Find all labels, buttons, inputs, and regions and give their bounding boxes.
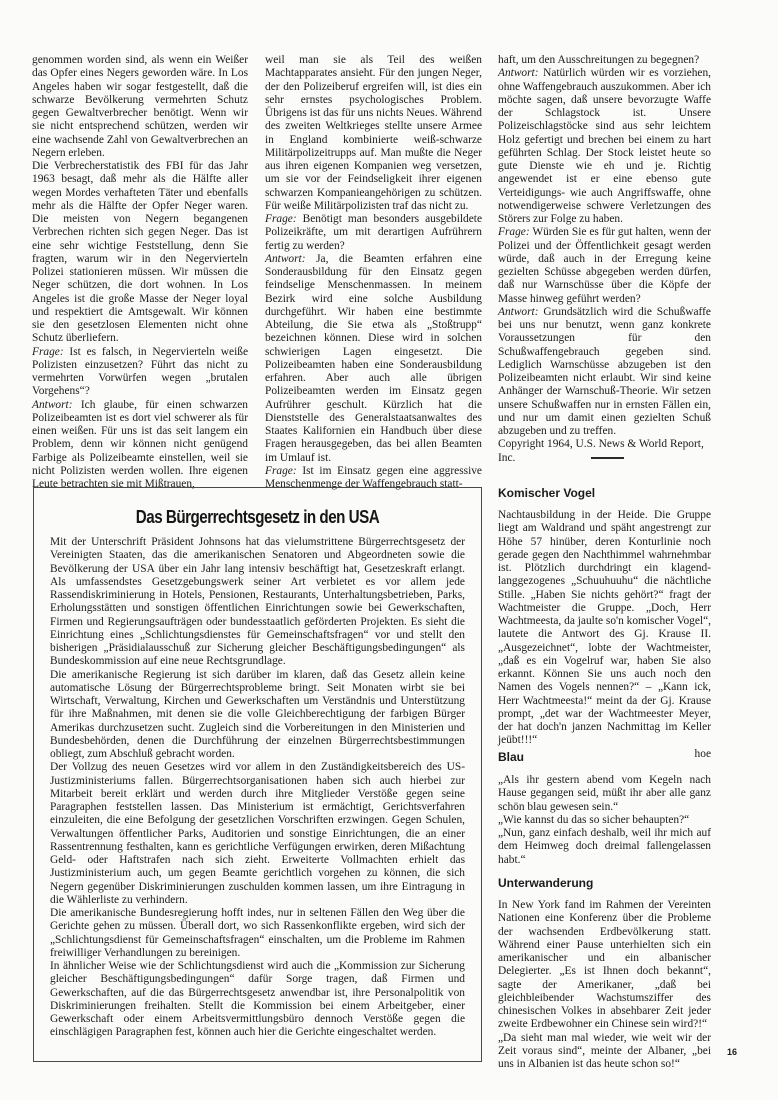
interview-column-left: genommen worden sind, als wenn ein Weiße… (32, 54, 248, 491)
paragraph-text: Würden Sie es für gut halten, wenn der P… (498, 226, 711, 304)
paragraph: „Wie kannst du das so sicher behaupten?“ (498, 814, 711, 827)
boxed-article: Das Bürgerrechtsgesetz in den USA Mit de… (33, 487, 482, 1062)
paragraph: Der Vollzug des neuen Gesetzes wird vor … (50, 761, 465, 907)
answer-label: Antwort: (32, 399, 73, 411)
paragraph: haft, um den Ausschreitungen zu begegnen… (498, 54, 711, 67)
paragraph: Die Verbrecherstatistik des FBI für das … (32, 160, 248, 346)
paragraph-text: genommen worden sind, als wenn ein Weiße… (32, 54, 248, 159)
boxed-article-body: Mit der Unterschrift Präsident Johnsons … (50, 536, 465, 1040)
question-label: Frage: (32, 346, 64, 358)
rubric-heading-blau: Blau (498, 750, 711, 764)
rubric-body-komischer-vogel: Nachtausbildung in der Heide. Die Gruppe… (498, 509, 711, 761)
paragraph: „Da sieht man mal wieder, wie weit wir d… (498, 1032, 711, 1072)
question-label: Frage: (265, 213, 297, 225)
paragraph: Die amerikanische Regierung ist sich dar… (50, 669, 465, 762)
question-paragraph: Frage: Ist es falsch, in Negervierteln w… (32, 346, 248, 399)
paragraph: In ähnlicher Weise wie der Schlichtungsd… (50, 960, 465, 1040)
question-paragraph: Frage: Benötigt man besonders ausgebilde… (265, 213, 482, 253)
answer-paragraph: Antwort: Natürlich würden wir es vorzieh… (498, 67, 711, 226)
section-divider (591, 457, 624, 459)
paragraph-text: Ja, die Beamten erfahren eine Sonderausb… (265, 253, 482, 464)
paragraph-text: haft, um den Ausschreitungen zu begegnen… (498, 54, 699, 66)
paragraph-text: Grundsätzlich wird die Schußwaffe bei un… (498, 306, 711, 437)
paragraph-text: Die Verbrecherstatistik des FBI für das … (32, 160, 248, 344)
paragraph-text: weil man sie als Teil des weißen Machtap… (265, 54, 482, 212)
paragraph: In New York fand im Rahmen der Vereinten… (498, 899, 711, 1032)
question-label: Frage: (265, 465, 297, 477)
question-paragraph: Frage: Würden Sie es für gut halten, wen… (498, 226, 711, 306)
interview-column-right: haft, um den Ausschreitungen zu begegnen… (498, 54, 711, 465)
paragraph-text: Ich glaube, für einen schwarzen Polizeib… (32, 399, 248, 491)
paragraph: „Als ihr gestern abend vom Kegeln nach H… (498, 774, 711, 814)
rubric-body-unterwanderung: In New York fand im Rahmen der Vereinten… (498, 899, 711, 1071)
interview-column-middle: weil man sie als Teil des weißen Machtap… (265, 54, 482, 491)
boxed-article-title: Das Bürgerrechtsgesetz in den USA (74, 506, 441, 528)
paragraph: Die amerikanische Bundesregierung hofft … (50, 907, 465, 960)
answer-paragraph: Antwort: Grundsätzlich wird die Schußwaf… (498, 306, 711, 439)
paragraph: „Nun, ganz einfach deshalb, weil ihr mic… (498, 827, 711, 867)
paragraph: genommen worden sind, als wenn ein Weiße… (32, 54, 248, 160)
paragraph: Nachtausbildung in der Heide. Die Gruppe… (498, 509, 711, 748)
copyright-notice: Copyright 1964, U.S. News & World Report… (498, 438, 711, 465)
copyright-text: Copyright 1964, U.S. News & World Report… (498, 438, 704, 463)
answer-paragraph: Antwort: Ja, die Beamten erfahren eine S… (265, 253, 482, 465)
rubric-heading-komischer-vogel: Komischer Vogel (498, 486, 711, 500)
answer-label: Antwort: (498, 67, 539, 79)
answer-paragraph: Antwort: Ich glaube, für einen schwarzen… (32, 399, 248, 492)
answer-label: Antwort: (498, 306, 539, 318)
paragraph-text: Benötigt man besonders ausgebildete Poli… (265, 213, 482, 252)
paragraph-text: Natürlich würden wir es vorziehen, ohne … (498, 67, 711, 225)
page-number: 16 (727, 1047, 737, 1057)
paragraph: weil man sie als Teil des weißen Machtap… (265, 54, 482, 213)
question-label: Frage: (498, 226, 530, 238)
rubric-heading-unterwanderung: Unterwanderung (498, 876, 711, 890)
paragraph-text: Ist es falsch, in Negervierteln weiße Po… (32, 346, 248, 398)
rubric-body-blau: „Als ihr gestern abend vom Kegeln nach H… (498, 774, 711, 867)
answer-label: Antwort: (265, 253, 306, 265)
paragraph: Mit der Unterschrift Präsident Johnsons … (50, 536, 465, 669)
